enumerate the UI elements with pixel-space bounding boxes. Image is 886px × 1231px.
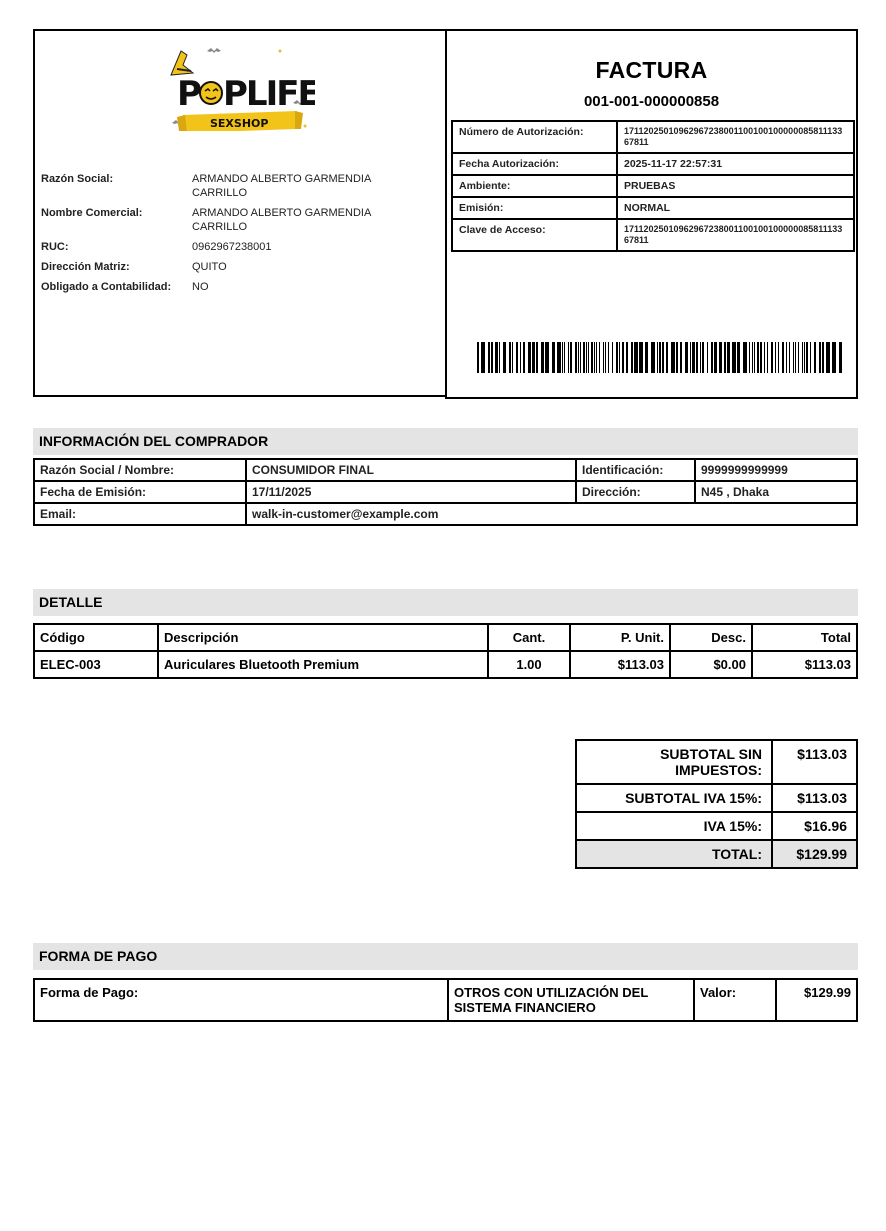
auth-row: Ambiente:PRUEBAS (452, 175, 854, 197)
svg-text:PLIFE: PLIFE (223, 74, 315, 114)
col-precio-unitario: P. Unit. (570, 624, 670, 651)
forma-pago-label: Forma de Pago: (34, 979, 448, 1021)
autorizacion-table: Número de Autorización:17112025010962967… (451, 120, 855, 252)
valor-value: $129.99 (776, 979, 857, 1021)
emisor-row: RUC:0962967238001 (41, 240, 392, 260)
emisor-row: Dirección Matriz:QUITO (41, 260, 392, 280)
numero-autorizacion-text: 1711202501096296723800110010010000008581… (624, 126, 842, 147)
iva-label: IVA 15%: (576, 812, 772, 840)
obligado-contabilidad-value: NO (192, 280, 392, 300)
item-cantidad: 1.00 (488, 651, 570, 678)
fecha-emision-value: 17/11/2025 (246, 481, 576, 503)
col-codigo: Código (34, 624, 158, 651)
detalle-header-row: Código Descripción Cant. P. Unit. Desc. … (34, 624, 857, 651)
emisor-row: Obligado a Contabilidad:NO (41, 280, 392, 300)
fecha-autorizacion-label: Fecha Autorización: (452, 153, 617, 175)
subtotal-sin-impuestos-row: SUBTOTAL SIN IMPUESTOS: $113.03 (576, 740, 857, 784)
clave-acceso-label: Clave de Acceso: (452, 219, 617, 251)
auth-row: Emisión:NORMAL (452, 197, 854, 219)
subtotal-iva-value: $113.03 (772, 784, 857, 812)
direccion-value: N45 , Dhaka (695, 481, 857, 503)
ambiente-value: PRUEBAS (617, 175, 854, 197)
identificacion-value: 9999999999999 (695, 459, 857, 481)
fecha-emision-label: Fecha de Emisión: (34, 481, 246, 503)
emisor-row: Razón Social:ARMANDO ALBERTO GARMENDIA C… (41, 172, 392, 206)
iva-row: IVA 15%: $16.96 (576, 812, 857, 840)
razon-social-label: Razón Social: (41, 172, 192, 206)
factura-number: 001-001-000000858 (447, 93, 856, 110)
total-label: TOTAL: (576, 840, 772, 868)
table-row: ELEC-003 Auriculares Bluetooth Premium 1… (34, 651, 857, 678)
direccion-label: Dirección: (576, 481, 695, 503)
comprador-row: Razón Social / Nombre: CONSUMIDOR FINAL … (34, 459, 857, 481)
emision-label: Emisión: (452, 197, 617, 219)
razon-social-value: ARMANDO ALBERTO GARMENDIA CARRILLO (192, 172, 392, 206)
svg-text:SEXSHOP: SEXSHOP (210, 117, 268, 130)
auth-row: Fecha Autorización:2025-11-17 22:57:31 (452, 153, 854, 175)
totales-table: SUBTOTAL SIN IMPUESTOS: $113.03 SUBTOTAL… (575, 739, 858, 869)
emision-value: NORMAL (617, 197, 854, 219)
razon-nombre-value: CONSUMIDOR FINAL (246, 459, 576, 481)
pago-row: Forma de Pago: OTROS CON UTILIZACIÓN DEL… (34, 979, 857, 1021)
razon-nombre-label: Razón Social / Nombre: (34, 459, 246, 481)
detalle-table: Código Descripción Cant. P. Unit. Desc. … (33, 623, 858, 679)
item-descripcion: Auriculares Bluetooth Premium (158, 651, 488, 678)
direccion-matriz-value: QUITO (192, 260, 392, 280)
valor-label: Valor: (694, 979, 776, 1021)
obligado-contabilidad-label: Obligado a Contabilidad: (41, 280, 192, 300)
pago-table: Forma de Pago: OTROS CON UTILIZACIÓN DEL… (33, 978, 858, 1022)
col-cantidad: Cant. (488, 624, 570, 651)
subtotal-sin-impuestos-text: SUBTOTAL SIN IMPUESTOS: (632, 746, 762, 778)
ruc-value: 0962967238001 (192, 240, 392, 260)
ambiente-label: Ambiente: (452, 175, 617, 197)
ruc-label: RUC: (41, 240, 192, 260)
subtotal-iva-row: SUBTOTAL IVA 15%: $113.03 (576, 784, 857, 812)
detalle-section-header: DETALLE (33, 589, 858, 616)
total-row: TOTAL: $129.99 (576, 840, 857, 868)
nombre-comercial-value: ARMANDO ALBERTO GARMENDIA CARRILLO (192, 206, 392, 240)
item-descuento: $0.00 (670, 651, 752, 678)
comprador-table: Razón Social / Nombre: CONSUMIDOR FINAL … (33, 458, 858, 526)
nombre-comercial-label: Nombre Comercial: (41, 206, 192, 240)
fecha-autorizacion-value: 2025-11-17 22:57:31 (617, 153, 854, 175)
col-descuento: Desc. (670, 624, 752, 651)
item-precio-unitario: $113.03 (570, 651, 670, 678)
col-descripcion: Descripción (158, 624, 488, 651)
comprador-section-header: INFORMACIÓN DEL COMPRADOR (33, 428, 858, 455)
svg-text:P: P (177, 74, 201, 114)
email-label: Email: (34, 503, 246, 525)
subtotal-iva-label: SUBTOTAL IVA 15%: (576, 784, 772, 812)
numero-autorizacion-label: Número de Autorización: (452, 121, 617, 153)
email-value: walk-in-customer@example.com (246, 503, 857, 525)
identificacion-label: Identificación: (576, 459, 695, 481)
total-value: $129.99 (772, 840, 857, 868)
auth-row: Clave de Acceso:171120250109629672380011… (452, 219, 854, 251)
pago-section-header: FORMA DE PAGO (33, 943, 858, 970)
direccion-matriz-label: Dirección Matriz: (41, 260, 192, 280)
item-total: $113.03 (752, 651, 857, 678)
forma-pago-value: OTROS CON UTILIZACIÓN DEL SISTEMA FINANC… (448, 979, 694, 1021)
iva-value: $16.96 (772, 812, 857, 840)
subtotal-sin-impuestos-label: SUBTOTAL SIN IMPUESTOS: (576, 740, 772, 784)
poplife-logo: P PLIFE SEXSHOP (165, 43, 315, 131)
clave-acceso-text: 1711202501096296723800110010010000008581… (624, 224, 842, 245)
comprador-row: Email: walk-in-customer@example.com (34, 503, 857, 525)
barcode (477, 342, 842, 373)
clave-acceso-value: 1711202501096296723800110010010000008581… (617, 219, 854, 251)
emisor-panel: P PLIFE SEXSHOP Razón Social:ARMANDO ALB… (33, 29, 445, 397)
factura-title: FACTURA (447, 57, 856, 84)
numero-autorizacion-value: 1711202501096296723800110010010000008581… (617, 121, 854, 153)
subtotal-sin-impuestos-value: $113.03 (772, 740, 857, 784)
emisor-info-table: Razón Social:ARMANDO ALBERTO GARMENDIA C… (41, 172, 392, 300)
factura-panel: FACTURA 001-001-000000858 Número de Auto… (445, 29, 858, 399)
item-codigo: ELEC-003 (34, 651, 158, 678)
auth-row: Número de Autorización:17112025010962967… (452, 121, 854, 153)
col-total: Total (752, 624, 857, 651)
comprador-row: Fecha de Emisión: 17/11/2025 Dirección: … (34, 481, 857, 503)
emisor-row: Nombre Comercial:ARMANDO ALBERTO GARMEND… (41, 206, 392, 240)
